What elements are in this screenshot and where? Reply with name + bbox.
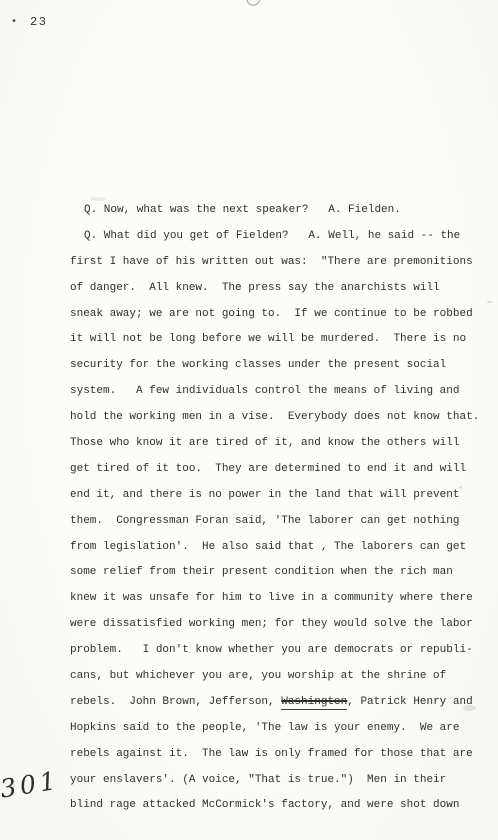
text-line: first I have of his written out was: "Th… xyxy=(70,250,496,276)
document-page: • 23 Q. Now, what was the next speaker? … xyxy=(0,0,498,840)
text-line: Q. Now, what was the next speaker? A. Fi… xyxy=(70,198,496,224)
text-line: Hopkins said to the people, 'The law is … xyxy=(70,716,496,742)
text-line: problem. I don't know whether you are de… xyxy=(70,638,496,664)
scan-speck xyxy=(463,705,476,711)
scan-speck xyxy=(90,197,106,201)
text-line: knew it was unsafe for him to live in a … xyxy=(70,586,496,612)
text-line: Q. What did you get of Fielden? A. Well,… xyxy=(70,224,496,250)
page-number: 23 xyxy=(30,15,47,29)
text-line: hold the working men in a vise. Everybod… xyxy=(70,405,496,431)
scan-speck xyxy=(487,301,492,303)
text-line: system. A few individuals control the me… xyxy=(70,379,496,405)
text-line: of danger. All knew. The press say the a… xyxy=(70,276,496,302)
text-line: cans, but whichever you are, you worship… xyxy=(70,664,496,690)
text-line: end it, and there is no power in the lan… xyxy=(70,483,496,509)
struck-word: Washington xyxy=(281,696,347,710)
text-line: it will not be long before we will be mu… xyxy=(70,327,496,353)
text-line: security for the working classes under t… xyxy=(70,353,496,379)
handwriting-fragment-icon xyxy=(246,0,262,9)
corner-bullet: • xyxy=(11,17,17,28)
text-line: from legislation'. He also said that , T… xyxy=(70,535,496,561)
text-line: your enslavers'. (A voice, "That is true… xyxy=(70,768,496,794)
strike-after-text: , Patrick Henry and xyxy=(347,696,472,708)
typed-transcript: Q. Now, what was the next speaker? A. Fi… xyxy=(70,198,496,819)
text-line: were dissatisfied working men; for they … xyxy=(70,612,496,638)
text-line: get tired of it too. They are determined… xyxy=(70,457,496,483)
strike-before-text: rebels. John Brown, Jefferson, xyxy=(70,696,281,708)
text-line: Those who know it are tired of it, and k… xyxy=(70,431,496,457)
handwritten-folio-number: 301 xyxy=(0,766,62,804)
scan-speck xyxy=(459,486,462,489)
text-line: blind rage attacked McCormick's factory,… xyxy=(70,793,496,819)
text-line: some relief from their present condition… xyxy=(70,560,496,586)
text-line: rebels against it. The law is only frame… xyxy=(70,742,496,768)
text-line: sneak away; we are not going to. If we c… xyxy=(70,302,496,328)
text-line: them. Congressman Foran said, 'The labor… xyxy=(70,509,496,535)
text-line-with-strikeout: rebels. John Brown, Jefferson, Washingto… xyxy=(70,690,496,716)
